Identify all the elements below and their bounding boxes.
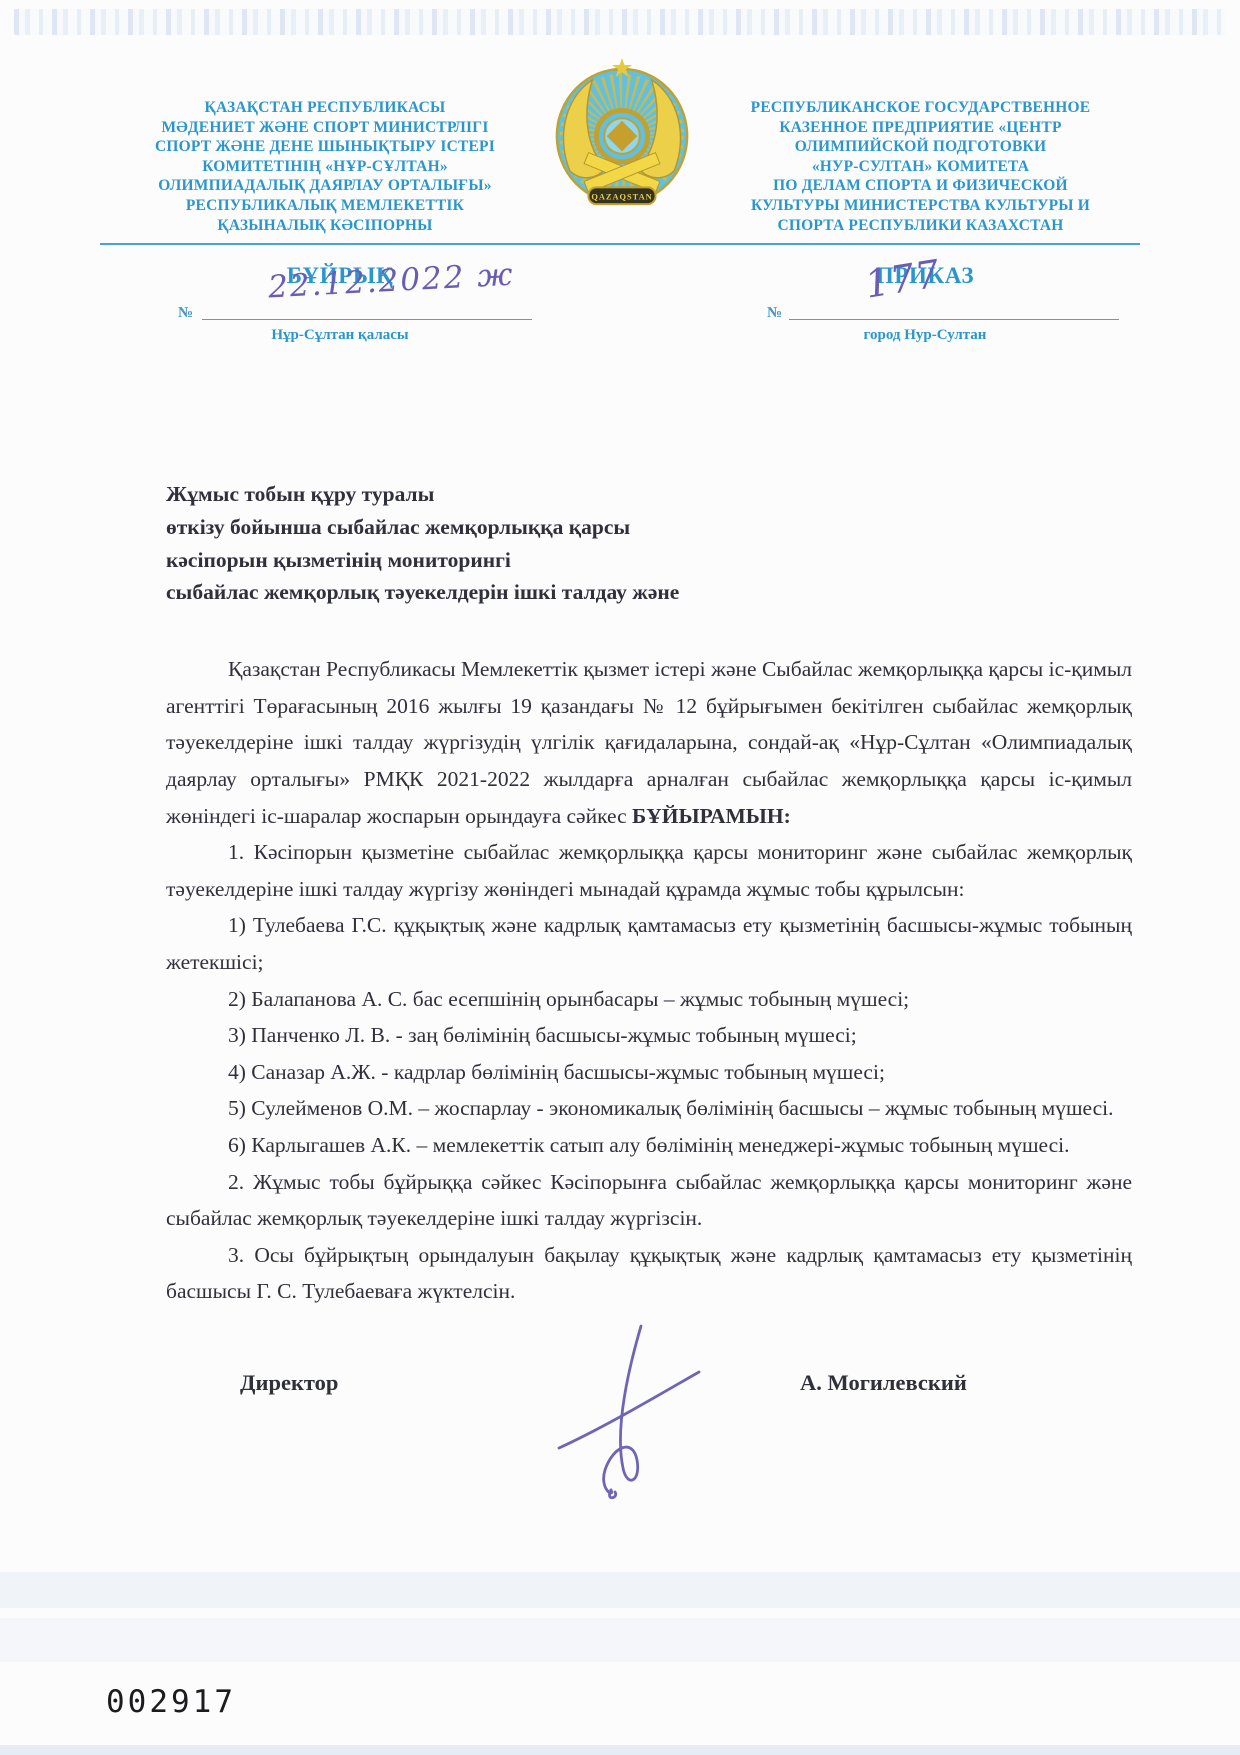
number-underline xyxy=(789,319,1119,321)
list-item: 3) Панченко Л. В. - заң бөлімінің басшыс… xyxy=(166,1017,1132,1054)
subject-line: Жұмыс тобын құру туралы xyxy=(166,478,1132,511)
org-line: «НУР-СУЛТАН» КОМИТЕТА xyxy=(693,157,1148,177)
scan-artifact-band xyxy=(0,1572,1240,1608)
signer-name: А. Могилевский xyxy=(800,1370,967,1396)
city-label-russian: город Нур-Султан xyxy=(715,327,1135,344)
list-item: 5) Сулейменов О.М. – жоспарлау - экономи… xyxy=(166,1090,1132,1127)
org-line: ОЛИМПИЙСКОЙ ПОДГОТОВКИ xyxy=(693,137,1148,157)
list-item: 2) Балапанова А. С. бас есепшінің орынба… xyxy=(166,981,1132,1018)
org-line: СПОРТ ЖӘНЕ ДЕНЕ ШЫНЫҚТЫРУ ІСТЕРІ xyxy=(95,137,555,157)
preamble-paragraph: Қазақстан Республикасы Мемлекеттік қызме… xyxy=(166,651,1132,834)
order-title-russian: ПРИКАЗ xyxy=(715,261,1135,291)
org-line: РЕСПУБЛИКАЛЫҚ МЕМЛЕКЕТТІК xyxy=(95,196,555,216)
preamble-text: Қазақстан Республикасы Мемлекеттік қызме… xyxy=(166,657,1132,827)
order-title-kazakh: БҰЙРЫҚ xyxy=(120,261,560,291)
order-verb: БҰЙЫРАМЫН: xyxy=(632,804,791,828)
body-paragraph: 1. Кәсіпорын қызметіне сыбайлас жемқорлы… xyxy=(166,834,1132,907)
org-line: ОЛИМПИАДАЛЫҚ ДАЯРЛАУ ОРТАЛЫҒЫ» xyxy=(95,176,555,196)
city-label-kazakh: Нұр-Сұлтан қаласы xyxy=(120,327,560,344)
org-line: СПОРТА РЕСПУБЛИКИ КАЗАХСТАН xyxy=(693,216,1148,236)
org-line: ҚАЗЫНАЛЫҚ КӘСІПОРНЫ xyxy=(95,216,555,236)
subject-line: сыбайлас жемқорлық тәуекелдерін ішкі тал… xyxy=(166,576,1132,609)
org-name-kazakh: ҚАЗАҚСТАН РЕСПУБЛИКАСЫ МӘДЕНИЕТ ЖӘНЕ СПО… xyxy=(95,98,555,235)
signer-role: Директор xyxy=(240,1370,338,1396)
scan-artifact-band xyxy=(0,1618,1240,1662)
org-line: КУЛЬТУРЫ МИНИСТЕРСТВА КУЛЬТУРЫ И xyxy=(693,196,1148,216)
body-paragraph: 6) Карлыгашев А.К. – мемлекеттік сатып а… xyxy=(166,1127,1132,1164)
document-body: Жұмыс тобын құру туралы өткізу бойынша с… xyxy=(166,478,1132,1410)
registration-stamp-number: 002917 xyxy=(106,1684,236,1720)
director-signature-icon xyxy=(545,1322,715,1507)
list-item: 4) Саназар А.Ж. - кадрлар бөлімінің басш… xyxy=(166,1054,1132,1091)
org-line: МӘДЕНИЕТ ЖӘНЕ СПОРТ МИНИСТРЛІГІ xyxy=(95,118,555,138)
order-number-row: № 177 xyxy=(715,297,1135,323)
order-subject: Жұмыс тобын құру туралы өткізу бойынша с… xyxy=(166,478,1132,609)
subject-line: кәсіпорын қызметінің мониторингі xyxy=(166,544,1132,577)
list-item: 1) Тулебаева Г.С. құқықтық және кадрлық … xyxy=(166,907,1132,980)
org-line: ПО ДЕЛАМ СПОРТА И ФИЗИЧЕСКОЙ xyxy=(693,176,1148,196)
header-divider-line xyxy=(100,243,1140,245)
body-paragraph: 3. Осы бұйрықтың орындалуын бақылау құқы… xyxy=(166,1237,1132,1310)
org-line: ҚАЗАҚСТАН РЕСПУБЛИКАСЫ xyxy=(95,98,555,118)
number-sign-label: № xyxy=(767,305,782,322)
org-name-russian: РЕСПУБЛИКАНСКОЕ ГОСУДАРСТВЕННОЕ КАЗЕННОЕ… xyxy=(693,98,1148,235)
org-line: КОМИТЕТІНІҢ «НҰР-СҰЛТАН» xyxy=(95,157,555,177)
org-line: РЕСПУБЛИКАНСКОЕ ГОСУДАРСТВЕННОЕ xyxy=(693,98,1148,118)
number-sign-label: № xyxy=(178,305,193,322)
emblem-banner-text: QAZAQSTAN xyxy=(591,193,652,202)
scan-edge-strip xyxy=(0,1745,1240,1755)
body-paragraph: 2. Жұмыс тобы бұйрыққа сәйкес Кәсіпорынғ… xyxy=(166,1164,1132,1237)
kazakhstan-coat-of-arms-icon: QAZAQSTAN xyxy=(548,52,696,230)
scan-noise-band xyxy=(14,9,1226,35)
org-line: КАЗЕННОЕ ПРЕДПРИЯТИЕ «ЦЕНТР xyxy=(693,118,1148,138)
scanned-order-document: ҚАЗАҚСТАН РЕСПУБЛИКАСЫ МӘДЕНИЕТ ЖӘНЕ СПО… xyxy=(0,0,1240,1755)
number-underline xyxy=(202,319,532,321)
order-number-row: № 22.12.2022 ж xyxy=(120,297,560,323)
order-block-kazakh: БҰЙРЫҚ № 22.12.2022 ж Нұр-Сұлтан қаласы xyxy=(120,261,560,344)
subject-line: өткізу бойынша сыбайлас жемқорлыққа қарс… xyxy=(166,511,1132,544)
order-block-russian: ПРИКАЗ № 177 город Нур-Султан xyxy=(715,261,1135,344)
